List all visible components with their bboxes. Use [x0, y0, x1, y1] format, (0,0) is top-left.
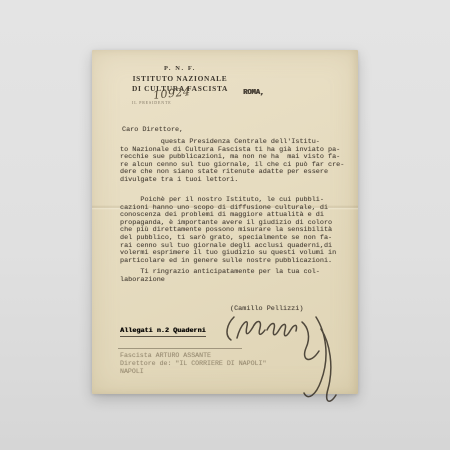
letterhead-party-initials: P. N. F.: [102, 65, 258, 72]
recipient-city: NAPOLI: [120, 368, 144, 376]
body-paragraph-1: questa Presidenza Centrale dell'Istitu- …: [120, 139, 344, 185]
letterhead-institute-line1: ISTITUTO NAZIONALE: [102, 74, 258, 83]
letterhead-role: IL PRESIDENTE: [132, 101, 172, 105]
body-paragraph-3: Ti ringrazio anticipatamente per la tua …: [120, 269, 320, 284]
handwritten-protocol-number: 10924: [152, 85, 191, 102]
letterhead-city: ROMA,: [243, 89, 264, 97]
letter-paper: P. N. F. ISTITUTO NAZIONALE DI CULTURA F…: [92, 50, 358, 394]
recipient-title: Direttore de: "IL CORRIERE DI NAPOLI": [120, 360, 266, 368]
salutation: Caro Direttore,: [122, 126, 183, 134]
photo-background: P. N. F. ISTITUTO NAZIONALE DI CULTURA F…: [0, 0, 450, 450]
attachments-note: Allegati n.2 Quaderni: [120, 327, 206, 337]
body-paragraph-2: Poichè per il nostro Istituto, le cui pu…: [120, 197, 336, 265]
recipient-divider-line: [118, 348, 242, 349]
recipient-name: Fascista ARTURO ASSANTE: [120, 352, 211, 360]
